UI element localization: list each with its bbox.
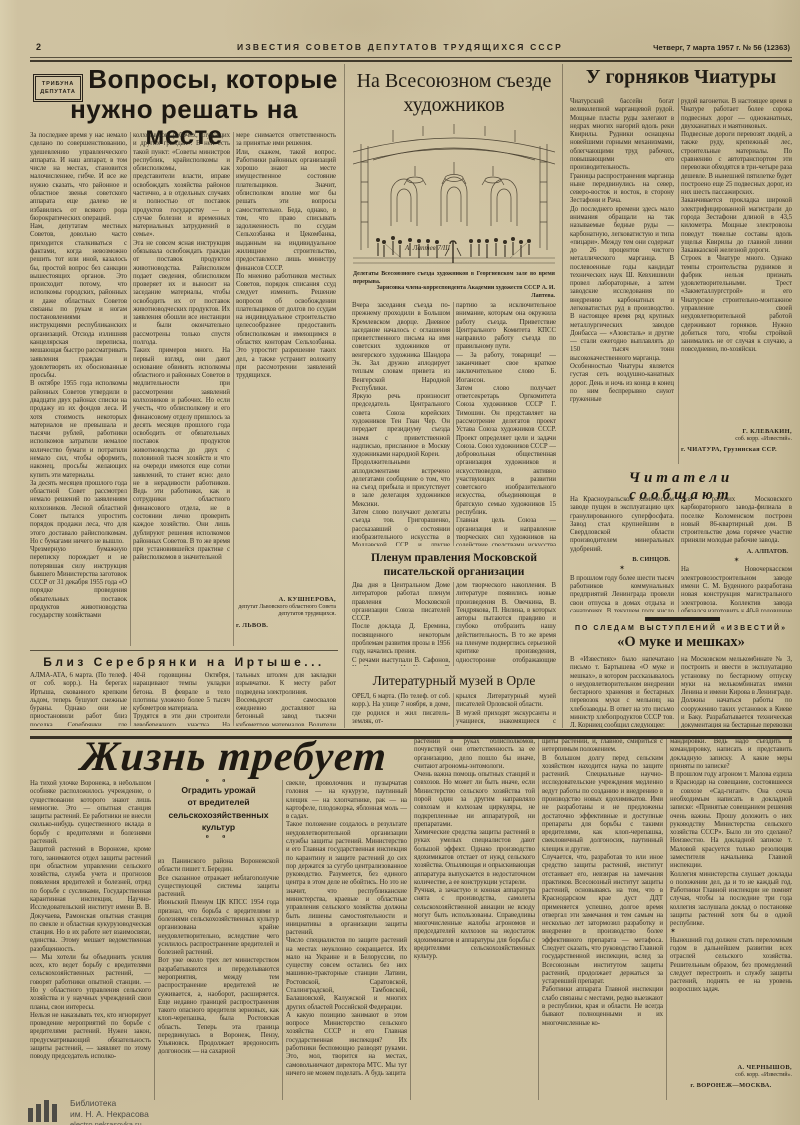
plenum-headline-line1: Пленум правления Московской — [352, 551, 556, 565]
reader-item: В прошлом году более шести тысяч работни… — [570, 575, 674, 612]
engraving-caption-credit: Зарисовка члена-корреспондента Академии … — [373, 285, 555, 300]
engraving-artist-signature: А. Лаптев 7/III — [404, 244, 451, 252]
chiatura-col1: Чиатурский бассейн богат великолепной ма… — [570, 98, 674, 464]
sledam-rubric: ПО СЛЕДАМ ВЫСТУПЛЕНИЙ «ИЗВЕСТИЙ» — [570, 625, 792, 632]
lead-article-col2: колхозников, рабочих, служащих и других … — [133, 132, 230, 646]
lead-article-col3: мере снимается ответственность за принят… — [236, 132, 336, 592]
plenum-col1: Два дня в Центральном Доме литераторов р… — [352, 582, 450, 666]
column-divider — [233, 672, 234, 726]
section-divider-bar — [645, 617, 720, 621]
congress-hall-engraving: А. Лаптев 7/III — [353, 122, 555, 268]
column-divider — [410, 780, 411, 1100]
signature-place: г. ЧИАТУРА, Грузинская ССР. — [681, 446, 792, 453]
engraving-drawing: А. Лаптев 7/III — [353, 122, 555, 268]
congress-headline-line1: На Всесоюзном съезде — [352, 70, 556, 93]
serebryanka-headline: Близ Серебрянки на Иртыше... — [30, 655, 338, 669]
lead-headline-line1: Вопросы, которые — [88, 66, 338, 92]
watermark-line2: им. Н. А. Некрасова — [70, 1109, 149, 1120]
life-col1: На тихой улочке Воронежа, в небольшом ос… — [30, 780, 151, 1100]
signature-role: депутат Львовского областного Совета деп… — [236, 604, 336, 619]
signature-name: Г. КЛЕВАКИН, — [681, 428, 792, 435]
masthead-rule-thick — [30, 60, 792, 62]
signature-role: соб. корр. «Известий». — [681, 436, 792, 443]
watermark-line1: Библиотека — [70, 1098, 149, 1109]
congress-headline-line2: художников — [352, 94, 556, 117]
rubric-line: ТРИБУНА — [42, 80, 74, 88]
library-watermark: Библиотека им. Н. А. Некрасова electro.n… — [70, 1098, 149, 1125]
reader-item: На Красноуральском химическом заводе пущ… — [570, 496, 674, 554]
readers-col1: На Красноуральском химическом заводе пущ… — [570, 496, 674, 612]
serebryanka-col1: АЛМА-АТА, 6 марта. (По телеф. от соб. ко… — [30, 672, 127, 726]
flour-headline: «О муке и мешках» — [570, 634, 792, 651]
signature-role: соб. корр. «Известий». — [670, 1072, 792, 1079]
column-divider — [130, 132, 131, 646]
column-divider — [233, 132, 234, 646]
reader-item: Для рабочих Московского карбюраторного з… — [681, 496, 792, 546]
orel-col1: ОРЕЛ, 6 марта. (По телеф. от соб. корр.)… — [352, 693, 450, 727]
life-subtitle-block: о о Оградить урожай от вредителей сельск… — [158, 778, 279, 840]
life-col5: щиты растений, и, главное, смириться с н… — [542, 738, 663, 1100]
chiatura-col2: рудой вагонетки. В настоящее время в Чиа… — [681, 98, 792, 426]
serebryanka-col3: тальных штолен для закладки взрывчатки. … — [236, 672, 336, 726]
plenum-headline-line2: писательской организации — [352, 565, 556, 579]
orel-col2: крылся Литературный музей писателей Орло… — [456, 693, 556, 727]
column-divider — [666, 738, 667, 1100]
column-divider — [562, 64, 563, 728]
life-col6: мандировки. Ведь надо съездить в команди… — [670, 738, 792, 1062]
life-col3: свекле, проволочник и пузырчатая головня… — [286, 780, 407, 1100]
star-separator: ✶ — [681, 557, 792, 565]
life-headline: Жизнь требует — [36, 733, 431, 781]
signature-place: г. ВОРОНЕЖ—МОСКВА. — [670, 1082, 792, 1089]
column-divider — [453, 582, 454, 666]
serebryanka-col2: 40-й годовщины Октября, наращивают темпы… — [133, 672, 230, 726]
library-logo-icon — [28, 1098, 62, 1122]
flour-col2: на Московском мелькомбинате № 3, построи… — [681, 656, 792, 728]
life-col4: растений в руках облисполкомов, почувств… — [414, 738, 535, 1100]
column-divider — [678, 496, 679, 612]
column-divider — [154, 780, 155, 1100]
chiatura-headline: У горняков Чиатуры — [570, 66, 792, 89]
life-subtitle: Оградить урожай от вредителей сельскохоз… — [158, 784, 279, 834]
masthead-rule-thin — [30, 57, 792, 58]
congress-article-col1: Вчера заседания съезда по-прежнему прохо… — [352, 302, 450, 546]
signature-place: г. ЛЬВОВ. — [236, 622, 336, 629]
reader-signature: В. СИНЦОВ. — [570, 556, 670, 563]
column-divider — [678, 656, 679, 728]
flour-col1: В «Известиях» было напечатано письмо т. … — [570, 656, 674, 728]
star-separator: ✶ — [570, 565, 674, 573]
orel-headline: Литературный музей в Орле — [352, 673, 556, 689]
column-divider — [538, 738, 539, 1100]
issue-date: Четверг, 7 марта 1957 г. № 56 (12363) — [570, 43, 790, 52]
chiatura-signature: Г. КЛЕВАКИН, соб. корр. «Известий». г. Ч… — [681, 428, 792, 453]
ornament-bottom: о о — [158, 834, 279, 840]
congress-article-col2: партию за исключительное внимание, котор… — [456, 302, 556, 546]
signature-name: А. КУШНЕРОВА, — [236, 596, 336, 603]
column-divider — [130, 672, 131, 726]
life-col2: из Панинского района Воронежской области… — [158, 858, 279, 1100]
reader-signature: А. АЛПАТОВ. — [681, 548, 788, 555]
lead-article-col1: За последнее время у нас немало сделано … — [30, 132, 127, 646]
reader-item: На Новочеркасском электровозостроительно… — [681, 566, 792, 612]
column-divider — [344, 64, 345, 728]
plenum-col2: дом творческого накопления. В литературе… — [456, 582, 556, 666]
newspaper-page: 2 ИЗВЕСТИЯ СОВЕТОВ ДЕПУТАТОВ ТРУДЯЩИХСЯ … — [0, 0, 800, 1125]
plenum-headline: Пленум правления Московской писательской… — [352, 551, 556, 580]
lead-signature: А. КУШНЕРОВА, депутат Львовского областн… — [236, 596, 336, 629]
column-divider — [453, 302, 454, 546]
column-divider — [453, 693, 454, 727]
readers-col2: Для рабочих Московского карбюраторного з… — [681, 496, 792, 612]
section-rule — [30, 650, 338, 651]
life-signature: А. ЧЕРНЫШОВ, соб. корр. «Известий». г. В… — [670, 1064, 792, 1089]
column-divider — [678, 98, 679, 464]
watermark-url: electro.nekrasovka.ru — [70, 1120, 149, 1125]
column-divider — [282, 780, 283, 1100]
signature-name: А. ЧЕРНЫШОВ, — [670, 1064, 792, 1071]
